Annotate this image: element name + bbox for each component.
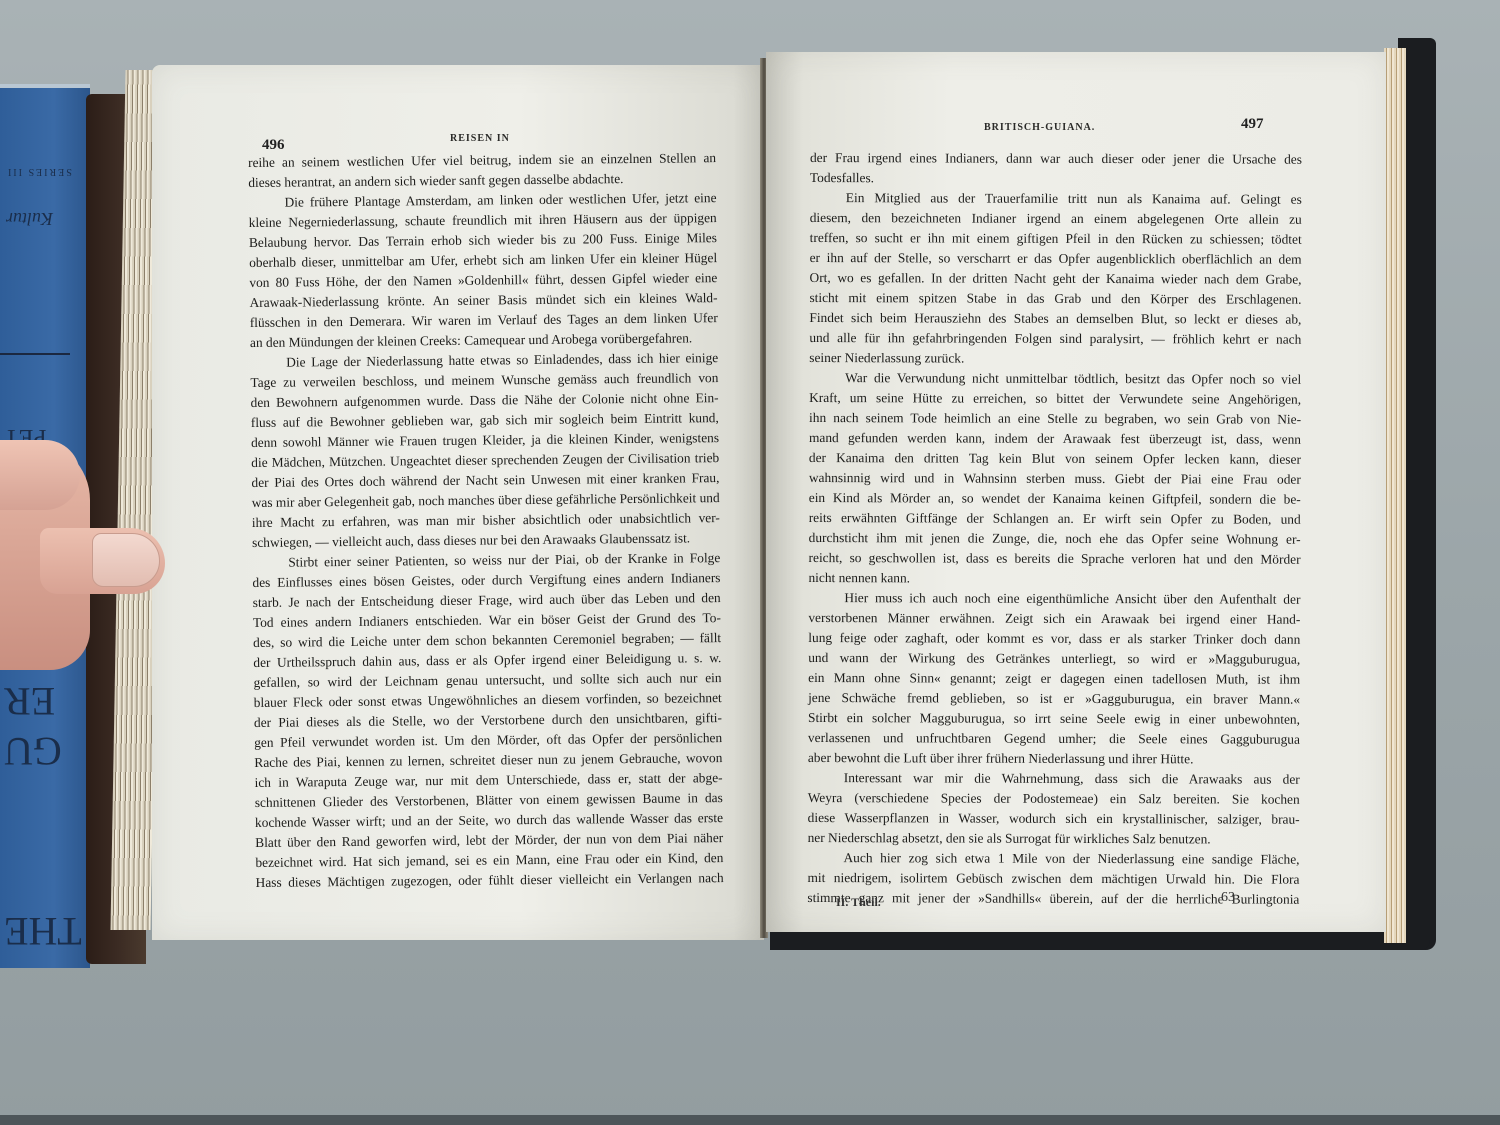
text-line: Findet sich beim Herausziehn des Stabes …	[809, 308, 1301, 330]
right-page-edges	[1384, 48, 1406, 943]
right-page[interactable]: BRITISCH-GUIANA. 497 der Frau irgend ein…	[766, 52, 1386, 932]
blue-book-text-gu: GU	[4, 728, 62, 775]
text-line: verstorbenen Männer erwähnen. Zeigt sich…	[808, 608, 1300, 630]
text-line: Interessant war mir die Wahrnehmung, das…	[808, 768, 1300, 790]
page-body-text: der Frau irgend eines Indianers, dann wa…	[807, 148, 1302, 910]
text-line: mit niedrigem, isolirtem Gebüsch zwische…	[807, 868, 1299, 890]
text-line: er ihn auf der Stelle, so verscharrt er …	[810, 248, 1302, 270]
page-body-text: reihe an seinem westlichen Ufer viel bei…	[248, 148, 724, 893]
text-line: diese Wasserpflanzen in Wasser, wodurch …	[808, 808, 1300, 830]
thumbnail	[92, 533, 160, 587]
text-line: durchsticht ihm mit jenen die Zunge, die…	[809, 528, 1301, 550]
text-line: Hass dieses Mächtigen zugezogen, oder fü…	[256, 868, 724, 893]
text-line: seiner Niederlassung zurück.	[809, 348, 1301, 370]
text-line: Kraft, um seine Hütte zu erreichen, so b…	[809, 388, 1301, 410]
text-line: Todesfalles.	[810, 168, 1302, 190]
table-edge	[0, 1115, 1500, 1125]
text-line: und wann der Wirkung des Getränkes unter…	[808, 648, 1300, 670]
text-line: der Frau irgend eines Indianers, dann wa…	[810, 148, 1302, 170]
text-line: verlassenen und unfruchtbaren Gegend umh…	[808, 728, 1300, 750]
running-head: REISEN IN	[450, 133, 510, 144]
text-line: jene Schwäche fremd geblieben, so ist er…	[808, 688, 1300, 710]
text-line: und alle für ihn gefahrbringenden Folgen…	[809, 328, 1301, 350]
text-line: Weyra (verschiedene Species der Podostem…	[808, 788, 1300, 810]
text-line: War die Verwundung nicht unmittelbar töd…	[809, 368, 1301, 390]
signature-mark: II. Theil.	[836, 895, 881, 910]
text-line: ihn nach seinem Tode heimlich an eine St…	[809, 408, 1301, 430]
page-number: 496	[262, 137, 285, 154]
text-line: ner Niederschlag absetzt, den sie als Su…	[808, 828, 1300, 850]
text-line: Ort, wo es gefallen. In der dritten Nach…	[810, 268, 1302, 290]
text-line: diesem, den bezeichneten Indianer irgend…	[810, 208, 1302, 230]
text-line: treffen, so sucht er ihn mit einem gifti…	[810, 228, 1302, 250]
blue-book-text-the: THE	[4, 908, 82, 955]
text-line: ein Mann ohne Sinn« genannt; zeigt er da…	[808, 668, 1300, 690]
signature-number: 63	[1221, 890, 1235, 906]
text-line: Hier muss ich auch noch eine eigenthümli…	[808, 588, 1300, 610]
blue-book-rule	[0, 353, 70, 355]
text-line: aber bewohnt die Luft über ihrer frühern…	[808, 748, 1300, 770]
text-line: der Kanaima den dritten Tag kein Blut vo…	[809, 448, 1301, 470]
text-line: nicht nennen kann.	[808, 568, 1300, 590]
text-line: ein Kind als Mörder an, so wendet der Ka…	[809, 488, 1301, 510]
text-line: mand gefunden werden kann, indem der Ara…	[809, 428, 1301, 450]
blue-book-title-fragment: Kultur	[6, 208, 53, 229]
running-head: BRITISCH-GUIANA.	[984, 122, 1095, 133]
text-line: Stirbt ein solcher Magguburugua, so irrt…	[808, 708, 1300, 730]
blue-book-series-text: SERIES III	[6, 166, 72, 177]
finger	[0, 440, 80, 510]
page-number: 497	[1241, 116, 1264, 133]
text-line: wahnsinnig wird und in Wahnsinn sterben …	[809, 468, 1301, 490]
text-line: reits erwähnten Giftfänge der Schlangen …	[809, 508, 1301, 530]
text-line: Ein Mitglied aus der Trauerfamilie tritt…	[810, 188, 1302, 210]
text-line: Auch hier zog sich etwa 1 Mile von der N…	[807, 848, 1299, 870]
text-line: lung feige oder zaghaft, oder kommt es v…	[808, 628, 1300, 650]
left-page[interactable]: 496 REISEN IN reihe an seinem westlichen…	[152, 65, 764, 940]
blue-book-text-er: ER	[4, 678, 55, 725]
text-line: sticht mit einem spitzen Stabe in das Gr…	[809, 288, 1301, 310]
text-line: reicht, so geschwollen ist, dass es bere…	[809, 548, 1301, 570]
